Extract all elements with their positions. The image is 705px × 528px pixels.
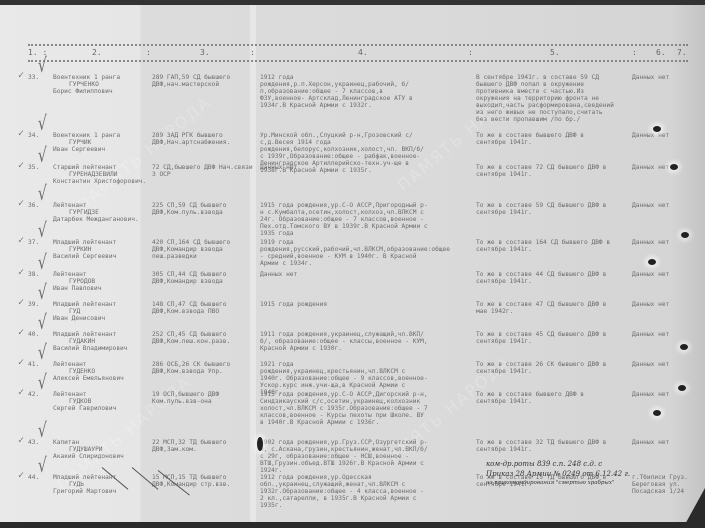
biography-cell: 1915 года рождения,ур.С-О АССР,Дигорский… xyxy=(260,391,430,426)
fate-cell: То же в составе 72 СД бывшего ДВФ в сент… xyxy=(476,164,616,178)
col-header-7: 7. xyxy=(677,48,687,57)
name-cell: КапитанГУДУШАУРИАкакий Спиридонович xyxy=(53,439,148,460)
military-rank: Воентехник 1 ранга xyxy=(53,132,148,139)
military-rank: Лейтенант xyxy=(53,391,148,398)
unit-cell: 148 СП,47 СД бывшего ДВФ,Ком.взвода ПВО xyxy=(152,301,257,315)
military-rank: Младший лейтенант xyxy=(53,474,148,481)
fate-cell: То же в составе 47 СД бывшего ДВФ в мае … xyxy=(476,301,616,315)
document-page: ПАМЯТЬ НАРОДА ПАМЯТЬ НАРОДА ПАМЯТЬ НАРОД… xyxy=(0,4,705,522)
watermark: ПАМЯТЬ НАРОДА xyxy=(74,92,215,215)
check-mark-icon: ✓ xyxy=(18,72,24,79)
given-name: Василий Владимирович xyxy=(53,345,148,352)
given-name: Иван Сергеевич xyxy=(53,146,148,153)
given-name: Акакий Спиридонович xyxy=(53,453,148,460)
name-cell: Младший лейтенантГУДИван Денисович xyxy=(53,301,148,322)
biography-cell: 1911 года рождения,украинец,служащий,чл.… xyxy=(260,331,430,352)
col-sep: : xyxy=(146,48,151,57)
unit-cell: 225 СП,59 СД бывшего ДВФ,Ком.пуль.взвода xyxy=(152,202,257,216)
col-header-6: 6. xyxy=(656,48,666,57)
surname: ГУРЕНАДЗЕВИЛИ xyxy=(53,171,148,178)
fate-cell: То же в составе 45 СД бывшего ДВФ в сент… xyxy=(476,331,616,345)
col-header-4: 4. xyxy=(358,48,368,57)
relatives-cell: Данных нет xyxy=(632,391,700,398)
check-mark-icon: ✓ xyxy=(18,299,24,306)
military-rank: Капитан xyxy=(53,439,148,446)
punch-hole xyxy=(670,164,678,170)
fate-cell: То же в составе бывшего ДВФ в сентябре 1… xyxy=(476,132,616,146)
surname: ГУД xyxy=(53,308,148,315)
check-mark-icon: ✓ xyxy=(18,472,24,479)
unit-cell: 15 МСП,15 ТД бывшего ДВФ,Командир стр.вз… xyxy=(152,474,257,488)
relatives-cell: Данных нет xyxy=(632,301,700,308)
torn-corner xyxy=(683,488,705,528)
punch-hole xyxy=(653,410,661,416)
name-cell: Младший лейтенантГУРКИНВасилий Сергеевич xyxy=(53,239,148,260)
punch-hole xyxy=(653,126,661,132)
military-rank: Младший лейтенант xyxy=(53,301,148,308)
fate-cell: В сентябре 1941г. в составе 59 СД бывшег… xyxy=(476,74,616,123)
check-mark-icon: ✓ xyxy=(18,269,24,276)
punch-hole xyxy=(678,385,686,391)
check-mark-icon: ✓ xyxy=(18,329,24,336)
row-number: 38. xyxy=(28,271,39,278)
biography-cell: 1912 года рождения,р.п.Херсон,украинец,р… xyxy=(260,74,430,109)
check-mark-icon: ✓ xyxy=(18,389,24,396)
biography-cell: 1902 года рождения,ур.Груз.ССР,Озургетск… xyxy=(260,439,430,474)
header-rule-top xyxy=(28,44,688,46)
surname: ГУРЧИК xyxy=(53,139,148,146)
relatives-cell: Данных нет xyxy=(632,271,700,278)
row-number: 42. xyxy=(28,391,39,398)
col-sep: : xyxy=(632,48,637,57)
surname: ГУДКОВ xyxy=(53,398,148,405)
col-sep: : xyxy=(468,48,473,57)
fate-cell: То же в составе 164 СД бывшего ДВФ в сен… xyxy=(476,239,616,253)
check-mark-icon: √ xyxy=(38,190,47,197)
relatives-cell: Данных нет xyxy=(632,239,700,246)
unit-cell: 72 СД,бывшего ДВФ Нач.связи 3 ОСР xyxy=(152,164,257,178)
surname: ГУРГИДЗЕ xyxy=(53,209,148,216)
check-mark-icon: √ xyxy=(38,120,47,127)
military-rank: Лейтенант xyxy=(53,271,148,278)
unit-cell: 305 СП,44 СД бывшего ДВФ,Командир взвода xyxy=(152,271,257,285)
row-number: 41. xyxy=(28,361,39,368)
name-cell: ЛейтенантГУРГИДЗЕДатарбек Межданганович. xyxy=(53,202,148,223)
check-mark-icon: √ xyxy=(38,259,47,266)
check-mark-icon: √ xyxy=(38,379,47,386)
unit-cell: 289 ГАП,59 СД бывшего ДВФ,нач.мастерской xyxy=(152,74,257,88)
fate-cell: То же в составе бывшего ДВФ в сентябре 1… xyxy=(476,391,616,405)
biography-cell: 1915 года рождения,ур.С-О АССР,Пригородн… xyxy=(260,202,430,237)
military-rank: Воентехник 1 ранга xyxy=(53,74,148,81)
punch-hole xyxy=(257,437,263,451)
unit-cell: 289 ЗАД РГК бывшего ДВФ,Нач.артснабжения… xyxy=(152,132,257,146)
surname: ГУДЬ xyxy=(53,481,148,488)
check-mark-icon: √ xyxy=(38,319,47,326)
given-name: Алексей Емельянович xyxy=(53,375,148,382)
scan-border xyxy=(0,0,705,5)
relatives-cell: Данных нет xyxy=(632,361,700,368)
check-mark-icon: √ xyxy=(38,462,47,469)
col-sep: : xyxy=(250,48,255,57)
row-number: 34. xyxy=(28,132,39,139)
given-name: Датарбек Межданганович. xyxy=(53,216,148,223)
check-mark-icon: √ xyxy=(38,227,47,234)
name-cell: Воентехник 1 рангаГУРЧЕНКОБорис Филиппов… xyxy=(53,74,148,95)
relatives-cell: Данных нет xyxy=(632,164,700,171)
check-mark-icon: √ xyxy=(38,349,47,356)
given-name: Василий Сергеевич xyxy=(53,253,148,260)
surname: ГУРЧЕНКО xyxy=(53,81,148,88)
fate-cell: То же в составе 44 СД бывшего ДВФ в сент… xyxy=(476,271,616,285)
biography-cell: 1915 года рождения xyxy=(260,301,430,308)
row-number: 39. xyxy=(28,301,39,308)
unit-cell: 19 ОСП,бывшего ДВФ Ком.пуль.взв-она xyxy=(152,391,257,405)
military-rank: Младший лейтенант xyxy=(53,331,148,338)
check-mark-icon: ✓ xyxy=(18,130,24,137)
check-mark-icon: ✓ xyxy=(18,200,24,207)
unit-cell: 22 МСП,32 ТД бывшего ДВФ,Зам.ком. xyxy=(152,439,257,453)
relatives-cell: Данных нет xyxy=(632,74,700,81)
given-name: Сергей Гаврилович xyxy=(53,405,148,412)
check-mark-icon: ✓ xyxy=(18,237,24,244)
row-number: 43. xyxy=(28,439,39,446)
unit-cell: 286 ОСБ,26 СК бывшего ДВФ,Ком.взвода Упр… xyxy=(152,361,257,375)
unit-cell: 420 СП,164 СД бывшего ДВФ,Командир взвод… xyxy=(152,239,257,260)
col-header-2: 2. xyxy=(92,48,102,57)
fate-cell: То же в составе 59 СД бывшего ДВФ в сент… xyxy=(476,202,616,216)
name-cell: Старший лейтенантГУРЕНАДЗЕВИЛИКонстантин… xyxy=(53,164,148,185)
military-rank: Младший лейтенант xyxy=(53,239,148,246)
unit-cell: 252 СП,45 СД бывшего ДВФ,Ком.пеш.кон.раз… xyxy=(152,331,257,345)
col-header-5: 5. xyxy=(550,48,560,57)
punch-hole xyxy=(648,259,656,265)
row-number: 40. xyxy=(28,331,39,338)
given-name: Константин Христофорович. xyxy=(53,178,148,185)
military-rank: Старший лейтенант xyxy=(53,164,148,171)
given-name: Иван Павлович xyxy=(53,285,148,292)
biography-cell: 1919 года рождения,русский,рабочий,чл.ВЛ… xyxy=(260,239,430,267)
fate-cell: То же в составе 26 СК бывшего ДВФ в сент… xyxy=(476,361,616,375)
surname: ГУРОДОВ xyxy=(53,278,148,285)
check-mark-icon: √ xyxy=(38,62,47,69)
col-header-3: 3. xyxy=(200,48,210,57)
row-number: 33. xyxy=(28,74,39,81)
military-rank: Лейтенант xyxy=(53,361,148,368)
surname: ГУДАКИН xyxy=(53,338,148,345)
fate-cell: То же в составе 32 ТД бывшего ДВФ в сент… xyxy=(476,439,616,453)
biography-cell: 1912 года рождения,ур.Одесская обл.,укра… xyxy=(260,474,430,509)
relatives-cell: Данных нет xyxy=(632,439,700,446)
relatives-cell: Данных нет xyxy=(632,132,700,139)
given-name: Иван Денисович xyxy=(53,315,148,322)
check-mark-icon: ✓ xyxy=(18,359,24,366)
row-number: 36. xyxy=(28,202,39,209)
handwritten-note: ком-др.роты 839 с.п. 248 с.д. с xyxy=(486,460,602,468)
surname: ГУДУШАУРИ xyxy=(53,446,148,453)
name-cell: ЛейтенантГУДЕНКОАлексей Емельянович xyxy=(53,361,148,382)
name-cell: Младший лейтенантГУДАКИНВасилий Владимир… xyxy=(53,331,148,352)
row-number: 44. xyxy=(28,474,39,481)
name-cell: ЛейтенантГУРОДОВИван Павлович xyxy=(53,271,148,292)
surname: ГУРКИН xyxy=(53,246,148,253)
handwritten-note: из прикомандирования "смертью храбрых" xyxy=(486,480,615,486)
check-mark-icon: √ xyxy=(38,427,47,434)
biography-cell: Данных нет xyxy=(260,271,430,278)
name-cell: Младший лейтенантГУДЬГригорий Мартович xyxy=(53,474,148,495)
punch-hole xyxy=(681,232,689,238)
given-name: Григорий Мартович xyxy=(53,488,148,495)
relatives-cell: Данных нет xyxy=(632,331,700,338)
surname: ГУДЕНКО xyxy=(53,368,148,375)
relatives-cell: Данных нет xyxy=(632,202,700,209)
military-rank: Лейтенант xyxy=(53,202,148,209)
punch-hole xyxy=(680,344,688,350)
given-name: Борис Филиппович xyxy=(53,88,148,95)
row-number: 37. xyxy=(28,239,39,246)
row-number: 35. xyxy=(28,164,39,171)
check-mark-icon: √ xyxy=(38,289,47,296)
check-mark-icon: ✓ xyxy=(18,437,24,444)
check-mark-icon: ✓ xyxy=(18,162,24,169)
name-cell: ЛейтенантГУДКОВСергей Гаврилович xyxy=(53,391,148,412)
header-rule-bottom xyxy=(28,60,688,62)
handwritten-note: Приказ 28 Армии № 0249 от 6.12.42 г. xyxy=(486,470,630,478)
name-cell: Воентехник 1 рангаГУРЧИКИван Сергеевич xyxy=(53,132,148,153)
biography-cell: Данных нет xyxy=(260,164,430,171)
check-mark-icon: √ xyxy=(38,152,47,159)
